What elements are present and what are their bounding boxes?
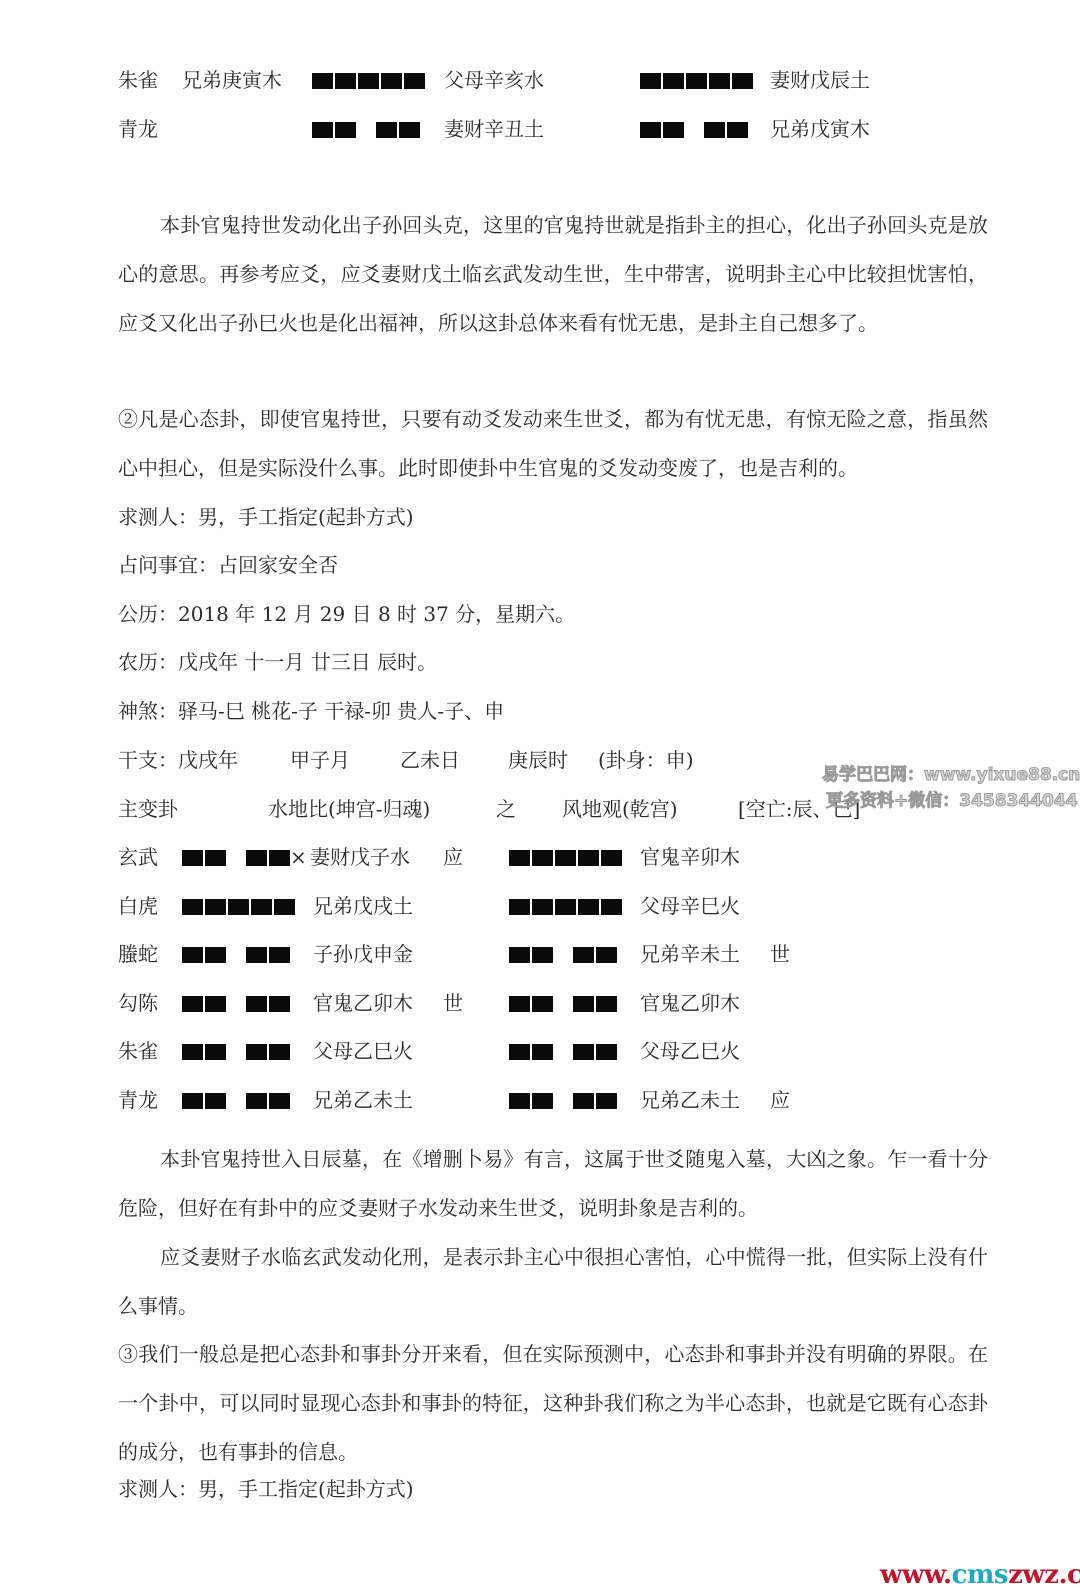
yin-line xyxy=(509,1093,617,1109)
changed-line-text: 兄弟辛未土 xyxy=(640,942,740,966)
hidden-spirit: 兄弟庚寅木 xyxy=(182,68,282,92)
yin-line xyxy=(182,1044,290,1060)
changed-hexagram: 风地观(乾宫) xyxy=(562,797,678,821)
analysis-paragraph: 应爻妻财子水临玄武发动化刑，是表示卦主心中很担心害怕，心中慌得一批，但实际上没有… xyxy=(118,1233,988,1331)
yin-line xyxy=(509,996,617,1012)
gua-body: (卦身：申) xyxy=(598,748,694,772)
watermark-part: zwz.com xyxy=(1008,1560,1080,1590)
hexagram-connector: 之 xyxy=(496,797,516,821)
yin-line xyxy=(509,947,617,963)
watermark-site: 易学巴巴网：www.yixue88.cn xyxy=(822,760,1080,785)
watermark-part: www. xyxy=(880,1560,952,1590)
moving-line-mark: × xyxy=(290,845,307,869)
note-paragraph: ③我们一般总是把心态卦和事卦分开来看，但在实际预测中，心态卦和事卦并没有明确的界… xyxy=(118,1330,988,1477)
note-paragraph: ②凡是心态卦，即使官鬼持世，只要有动爻发动来生世爻，都为有忧无患，有惊无险之意，… xyxy=(118,395,988,493)
six-god-label: 玄武 xyxy=(118,845,158,869)
main-line-text: 妻财戊子水 xyxy=(310,845,410,869)
changed-line-text: 兄弟乙未土 xyxy=(640,1088,740,1112)
yin-line xyxy=(182,850,290,866)
asker-line: 求测人：男，手工指定(起卦方式) xyxy=(118,505,414,529)
shi-ying-mark: 世 xyxy=(770,942,790,966)
asker-line: 求测人：男，手工指定(起卦方式) xyxy=(118,1477,414,1501)
yin-line xyxy=(182,947,290,963)
main-line-text: 父母乙巳火 xyxy=(313,1039,413,1063)
ganzhi-label: 干支：戊戌年 xyxy=(118,748,238,772)
changed-line-text: 兄弟戊寅木 xyxy=(770,117,870,141)
solar-date-line: 公历：2018 年 12 月 29 日 8 时 37 分，星期六。 xyxy=(118,602,575,626)
changed-line-text: 官鬼乙卯木 xyxy=(640,991,740,1015)
shi-ying-mark: 应 xyxy=(770,1088,790,1112)
yang-line xyxy=(509,899,622,915)
yin-line xyxy=(182,1093,290,1109)
shensha-line: 神煞：驿马-巳 桃花-子 干禄-卯 贵人-子、申 xyxy=(118,699,504,723)
six-god-label: 青龙 xyxy=(118,1088,158,1112)
yin-line xyxy=(312,122,420,138)
yang-line xyxy=(312,73,425,89)
changed-line-text: 父母辛巳火 xyxy=(640,894,740,918)
watermark-part: cms xyxy=(952,1560,1008,1590)
main-line-text: 兄弟戊戌土 xyxy=(313,894,413,918)
main-line-text: 妻财辛丑土 xyxy=(444,117,544,141)
ganzhi-hour: 庚辰时 xyxy=(508,748,568,772)
six-god-label: 勾陈 xyxy=(118,991,158,1015)
yin-line xyxy=(509,1044,617,1060)
main-line-text: 子孙戊申金 xyxy=(313,942,413,966)
six-god-label: 螣蛇 xyxy=(118,942,158,966)
shi-ying-mark: 应 xyxy=(443,845,463,869)
shi-ying-mark: 世 xyxy=(443,991,463,1015)
yang-line xyxy=(182,899,295,915)
yang-line xyxy=(509,850,622,866)
yin-line xyxy=(640,122,748,138)
changed-line-text: 官鬼辛卯木 xyxy=(640,845,740,869)
main-line-text: 官鬼乙卯木 xyxy=(313,991,413,1015)
watermark-contact: 更多资料+微信：3458344044 xyxy=(826,786,1078,811)
yang-line xyxy=(640,73,753,89)
six-god-label: 朱雀 xyxy=(118,1039,158,1063)
lunar-date-line: 农历：戊戌年 十一月 廿三日 辰时。 xyxy=(118,650,437,674)
ganzhi-day: 乙未日 xyxy=(400,748,460,772)
ganzhi-month: 甲子月 xyxy=(290,748,350,772)
main-line-text: 兄弟乙未土 xyxy=(313,1088,413,1112)
main-line-text: 父母辛亥水 xyxy=(444,68,544,92)
changed-line-text: 父母乙巳火 xyxy=(640,1039,740,1063)
six-god-label: 青龙 xyxy=(118,117,158,141)
hexagram-label: 主变卦 xyxy=(118,797,178,821)
watermark-footer: www.cmszwz.com xyxy=(880,1560,1080,1590)
question-line: 占问事宜：占回家安全否 xyxy=(118,553,338,577)
six-god-label: 朱雀 xyxy=(118,68,158,92)
changed-line-text: 妻财戊辰土 xyxy=(770,68,870,92)
main-hexagram: 水地比(坤宫-归魂) xyxy=(268,797,430,821)
analysis-paragraph: 本卦官鬼持世入日辰墓，在《增删卜易》有言，这属于世爻随鬼入墓，大凶之象。乍一看十… xyxy=(118,1135,988,1233)
six-god-label: 白虎 xyxy=(118,894,158,918)
analysis-paragraph: 本卦官鬼持世发动化出子孙回头克，这里的官鬼持世就是指卦主的担心，化出子孙回头克是… xyxy=(118,201,988,348)
yin-line xyxy=(182,996,290,1012)
